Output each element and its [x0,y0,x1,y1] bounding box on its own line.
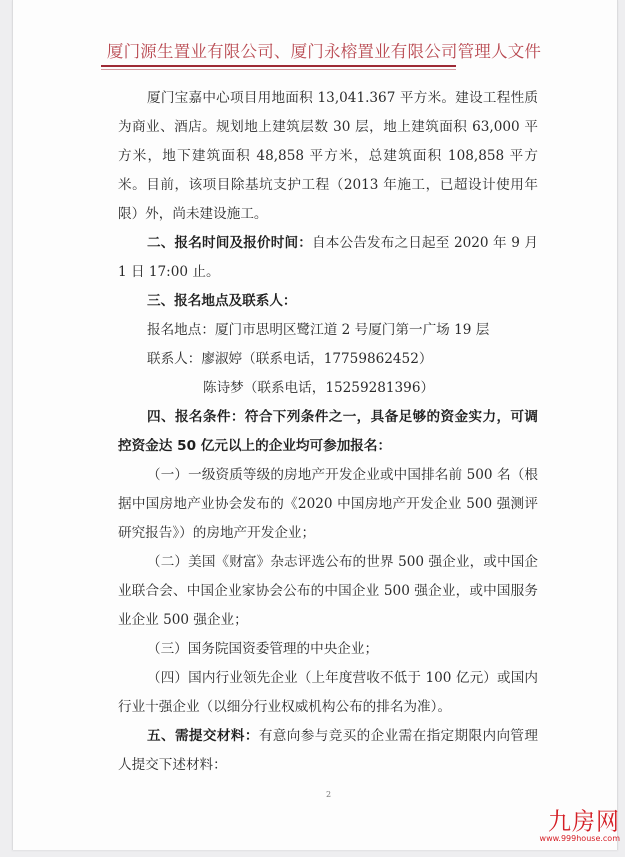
materials-heading: 五、需提交材料： [147,728,259,744]
watermark-logo: 九房网 [520,809,620,834]
contact-phone: 15259281396 [325,380,420,396]
location-value: 厦门市思明区鹭江道 2 号厦门第一广场 19 层 [215,322,489,338]
header-rule-thin [101,69,456,70]
registration-place-heading: 三、报名地点及联系人： [147,293,297,309]
condition-item: （四）国内行业领先企业（上年度营收不低于 100 亿元）或国内行业十强企业（以细… [118,664,538,722]
watermark: 九房网 www.999house.com [520,810,620,844]
location-label: 报名地点： [147,322,215,338]
contact-phone: 17759862452 [324,351,419,367]
materials-paragraph: 五、需提交材料：有意向参与竞买的企业需在指定期限内向管理人提交下述材料： [118,722,538,780]
document-body: 厦门宝嘉中心项目用地面积 13,041.367 平方米。建设工程性质为商业、酒店… [118,84,538,780]
conditions-heading: 四、报名条件：符合下列条件之一，具备足够的资金实力，可调控资金达 50 亿元以上… [118,403,538,461]
intro-paragraph: 厦门宝嘉中心项目用地面积 13,041.367 平方米。建设工程性质为商业、酒店… [118,84,538,229]
contact-name: 廖淑婷 [201,351,242,367]
document-header-title: 厦门源生置业有限公司、厦门永榕置业有限公司管理人文件 [99,38,549,62]
registration-location-line: 报名地点：厦门市思明区鹭江道 2 号厦门第一广场 19 层 [118,316,538,345]
registration-time-heading: 二、报名时间及报价时间： [147,235,312,251]
page-number: 2 [326,790,331,799]
contact-phone-label: 联系电话， [256,351,324,367]
registration-place-heading-paragraph: 三、报名地点及联系人： [118,287,538,316]
contact-phone-label: 联系电话， [257,380,325,396]
contact-name: 陈诗梦 [147,380,244,396]
condition-item: （二）美国《财富》杂志评选公布的世界 500 强企业，或中国企业联合会、中国企业… [118,548,538,635]
document-page: 厦门源生置业有限公司、厦门永榕置业有限公司管理人文件 厦门宝嘉中心项目用地面积 … [12,0,618,850]
contact-line-2: 陈诗梦（联系电话，15259281396） [118,374,538,403]
contact-line-1: 联系人：廖淑婷（联系电话，17759862452） [118,345,538,374]
header-rule [101,65,456,67]
condition-item: （一）一级资质等级的房地产开发企业或中国排名前 500 名（根据中国房地产业协会… [118,461,538,548]
registration-time-paragraph: 二、报名时间及报价时间：自本公告发布之日起至 2020 年 9 月 1 日 17… [118,229,538,287]
condition-item: （三）国务院国资委管理的中央企业； [118,635,538,664]
contact-label: 联系人： [147,351,201,367]
